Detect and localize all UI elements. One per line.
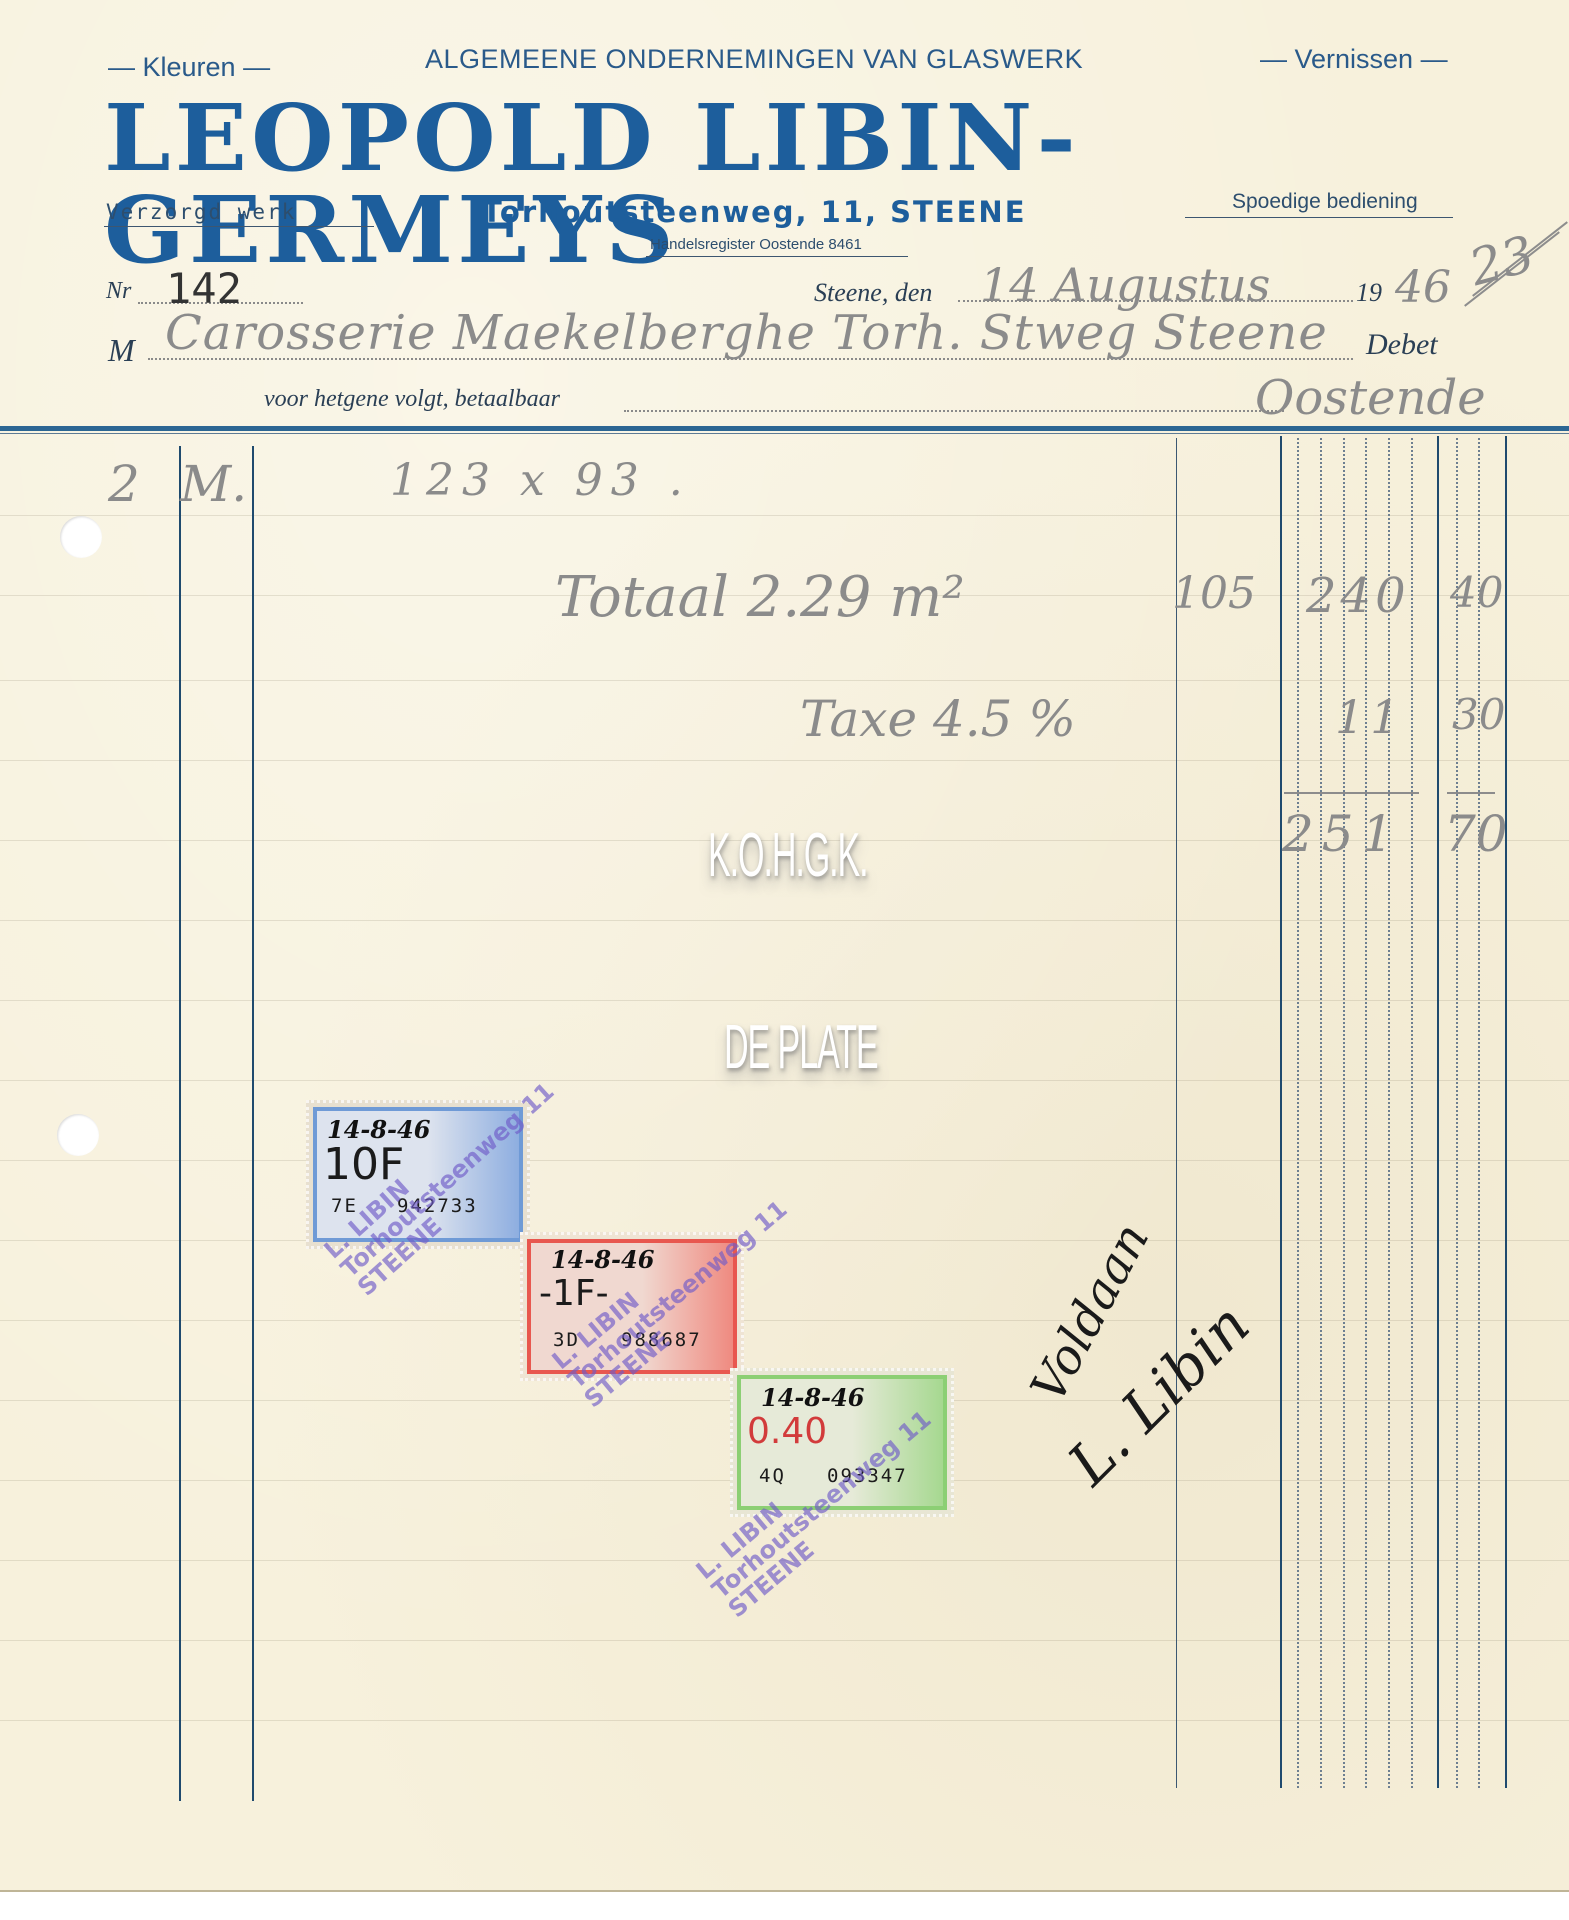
item-amount-whole: 11 [1335, 690, 1406, 744]
punch-hole [60, 516, 102, 558]
total-amount-cents: 70 [1444, 805, 1508, 863]
stamp-serial-prefix: 4Q [759, 1465, 786, 1487]
column-dots [1320, 438, 1322, 1788]
column-rule-unit [252, 446, 254, 1801]
ruled-line [0, 1160, 1569, 1161]
table-top-rule-thin [0, 433, 1569, 434]
item-amount-whole: 240 [1306, 568, 1410, 624]
column-rule-end [1505, 436, 1507, 1788]
invoice-date[interactable]: 14 Augustus [980, 258, 1270, 312]
stamp-value: -1F- [539, 1273, 609, 1314]
watermark-line2: DE PLATE [724, 1012, 878, 1083]
divider [646, 256, 908, 257]
item-description: Taxe 4.5 % [800, 690, 1076, 748]
column-dots [1365, 438, 1367, 1788]
punch-hole [57, 1114, 99, 1156]
tagline-vernissen: — Vernissen — [1260, 44, 1448, 75]
stamp-date: 14-8-46 [761, 1383, 864, 1412]
sum-line [1284, 792, 1419, 794]
tagline-glaswerk: ALGEMEENE ONDERNEMINGEN VAN GLASWERK [425, 44, 1083, 75]
column-dots [1388, 438, 1390, 1788]
number-label: Nr [106, 278, 131, 305]
column-dots [1411, 438, 1413, 1788]
invoice-paper: — Kleuren — ALGEMEENE ONDERNEMINGEN VAN … [0, 0, 1569, 1892]
column-rule-cents [1437, 436, 1439, 1788]
ruled-line [0, 1000, 1569, 1001]
item-description: 123 x 93 . [390, 455, 691, 506]
column-rule-amount [1280, 436, 1282, 1788]
slogan-verzorgd-werk: Verzorgd werk [106, 200, 296, 224]
payable-label: voor hetgene volgt, betaalbaar [264, 386, 560, 413]
trade-register: Handelsregister Oostende 8461 [650, 236, 862, 253]
ruled-line [0, 760, 1569, 761]
item-unit: M. [180, 455, 247, 513]
item-description: Totaal 2.29 m² [555, 565, 965, 630]
column-dots [1297, 438, 1299, 1788]
stamp-date: 14-8-46 [551, 1245, 654, 1274]
column-dots [1478, 438, 1480, 1788]
column-rule-price [1176, 438, 1177, 1788]
slogan-spoedige-bediening: Spoedige bediening [1232, 190, 1418, 214]
ruled-line [0, 680, 1569, 681]
recipient-name[interactable]: Carosserie Maekelberghe Torh. Stweg Stee… [165, 305, 1328, 361]
item-amount-cents: 30 [1452, 690, 1505, 739]
ruled-line [0, 1720, 1569, 1721]
place-date-label: Steene, den [814, 278, 932, 308]
watermark-line1: K.O.H.G.K. [708, 820, 868, 891]
table-top-rule [0, 426, 1569, 431]
divider [1185, 217, 1453, 218]
company-address: Torhoutsteenweg, 11, STEENE [482, 195, 1027, 229]
divider [104, 226, 374, 227]
item-qty: 2 [108, 455, 140, 513]
ruled-line [0, 515, 1569, 516]
stamp-value: 0.40 [747, 1411, 827, 1452]
column-rule-qty [179, 446, 181, 1801]
payable-dotted-line [624, 410, 1284, 412]
payable-location[interactable]: Oostende [1255, 370, 1486, 426]
year-value[interactable]: 46 [1395, 262, 1451, 313]
ruled-line [0, 1640, 1569, 1641]
item-price: 105 [1172, 568, 1256, 619]
sum-line [1447, 792, 1495, 794]
debet-label: Debet [1366, 328, 1438, 362]
year-prefix: 19 [1356, 278, 1382, 308]
column-dots [1343, 438, 1345, 1788]
total-amount-whole: 251 [1282, 805, 1401, 863]
ruled-line [0, 1320, 1569, 1321]
ruled-line [0, 920, 1569, 921]
column-dots [1456, 438, 1458, 1788]
recipient-label: M [108, 332, 135, 369]
item-amount-cents: 40 [1450, 568, 1503, 617]
tagline-kleuren: — Kleuren — [108, 52, 270, 83]
